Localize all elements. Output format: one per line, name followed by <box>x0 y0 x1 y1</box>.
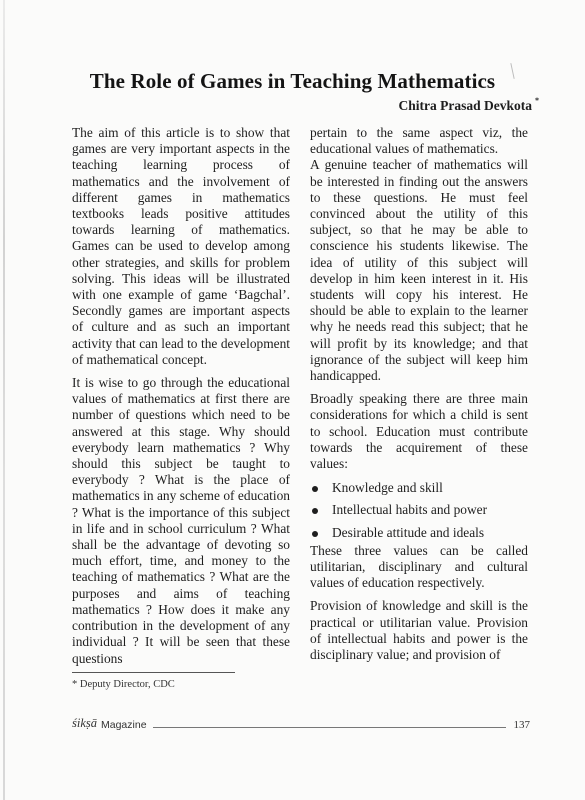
bullet-icon <box>312 486 318 492</box>
list-item-text: Intellectual habits and power <box>332 502 487 517</box>
footer-divider <box>153 727 506 728</box>
magazine-name: śikṣā <box>72 716 97 731</box>
paragraph-questions: It is wise to go through the educational… <box>72 375 290 667</box>
right-column: pertain to the same aspect viz, the educ… <box>310 125 528 670</box>
footnote: * Deputy Director, CDC <box>72 679 175 690</box>
paragraph-provision: Provision of knowledge and skill is the … <box>310 598 528 663</box>
bullet-icon <box>312 508 318 514</box>
list-item-text: Knowledge and skill <box>332 480 443 495</box>
left-column: The aim of this article is to show that … <box>72 125 290 674</box>
author-byline: Chitra Prasad Devkota* <box>399 96 540 114</box>
paragraph-continuation: pertain to the same aspect viz, the educ… <box>310 125 528 157</box>
footnote-divider <box>72 672 235 673</box>
bullet-icon <box>312 531 318 537</box>
magazine-label: Magazine <box>101 719 147 731</box>
page-number: 137 <box>514 719 531 731</box>
list-item: Intellectual habits and power <box>310 502 528 518</box>
paragraph-three-values: These three values can be called utilita… <box>310 543 528 592</box>
article-title: The Role of Games in Teaching Mathematic… <box>0 69 585 94</box>
author-footnote-mark: * <box>535 96 539 105</box>
author-name: Chitra Prasad Devkota <box>399 98 533 113</box>
scan-edge-artifact <box>3 0 5 800</box>
page-footer: śikṣā Magazine 137 <box>72 715 530 731</box>
list-item-text: Desirable attitude and ideals <box>332 525 484 540</box>
list-item: Knowledge and skill <box>310 480 528 496</box>
values-list: Knowledge and skill Intellectual habits … <box>310 480 528 541</box>
paragraph-genuine-teacher: A genuine teacher of mathematics will be… <box>310 157 528 384</box>
paragraph-considerations: Broadly speaking there are three main co… <box>310 391 528 472</box>
list-item: Desirable attitude and ideals <box>310 525 528 541</box>
paragraph-intro: The aim of this article is to show that … <box>72 125 290 368</box>
